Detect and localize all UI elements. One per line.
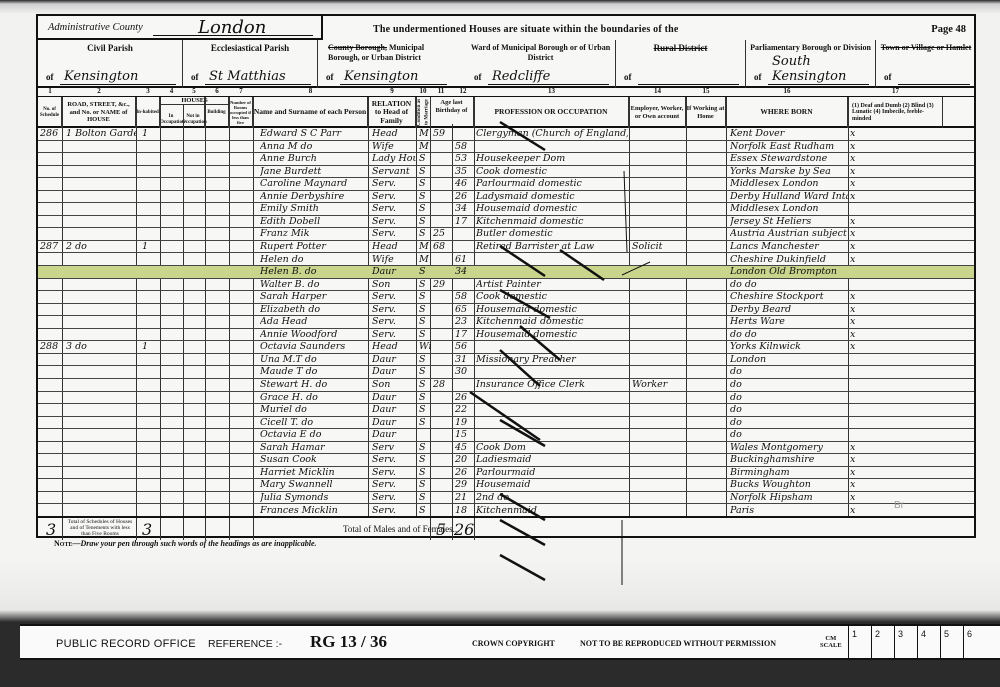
infirmity-check-mark — [850, 203, 864, 215]
person-name: Walter B. do — [260, 279, 368, 291]
relation-to-head: Servant — [372, 166, 416, 178]
relation-to-head: Daur — [372, 429, 416, 441]
inhabited-count — [142, 366, 158, 378]
marital-condition: S — [419, 354, 431, 366]
schedule-number — [40, 178, 62, 190]
schedule-number — [40, 203, 62, 215]
occupation — [476, 417, 628, 429]
marital-condition: S — [419, 467, 431, 479]
total-females: 26 — [454, 520, 474, 539]
person-name: Harriet Micklin — [260, 467, 368, 479]
schedule-number: 287 — [40, 241, 62, 253]
table-row[interactable]: Muriel doDaurS22do — [38, 404, 974, 417]
marital-condition: S — [419, 392, 431, 404]
inhabited-count: 1 — [142, 128, 158, 140]
male-age — [433, 492, 452, 504]
table-row[interactable]: Caroline MaynardServ.S46Parlourmaid dome… — [38, 178, 974, 191]
infirmity-check-mark: x — [850, 153, 864, 165]
road-address: 2 do — [66, 241, 136, 253]
marital-condition: S — [419, 166, 431, 178]
relation-to-head: Son — [372, 379, 416, 391]
employment-status — [632, 254, 686, 266]
birthplace: Cheshire Stockport — [730, 291, 848, 303]
birthplace: Yorks Marske by Sea — [730, 166, 848, 178]
female-age: 29 — [455, 479, 474, 491]
inhabited-count — [142, 203, 158, 215]
schedule-number — [40, 442, 62, 454]
table-row[interactable]: Stewart H. doSonS28Insurance Office Cler… — [38, 379, 974, 392]
person-name: Rupert Potter — [260, 241, 368, 253]
census-sheet: Administrative County London The underme… — [36, 14, 976, 538]
table-row[interactable]: Cicell T. doDaurS19do — [38, 417, 974, 430]
occupation — [476, 429, 628, 441]
female-age: 26 — [455, 392, 474, 404]
table-row[interactable]: Emily SmithServ.S34Housemaid domesticMid… — [38, 203, 974, 216]
occupation: Housemaid domestic — [476, 329, 628, 341]
infirmity-check-mark: x — [850, 505, 864, 517]
table-row[interactable]: Maude T doDaurS30do — [38, 366, 974, 379]
table-row[interactable]: Franz MikServ.S25Butler domesticAustria … — [38, 228, 974, 241]
infirmity-check-mark: x — [850, 254, 864, 266]
male-age — [433, 316, 452, 328]
infirmity-check-mark — [850, 366, 864, 378]
table-row[interactable]: 2883 do1Octavia SaundersHeadWid56Yorks K… — [38, 341, 974, 354]
schedule-number — [40, 329, 62, 341]
female-age: 20 — [455, 454, 474, 466]
infirmity-check-mark — [850, 404, 864, 416]
schedule-number: 288 — [40, 341, 62, 353]
civil-parish-value: Kensington — [60, 69, 176, 85]
marital-condition: Wid — [419, 341, 431, 353]
marital-condition: S — [419, 329, 431, 341]
road-address — [66, 178, 136, 190]
birthplace: do — [730, 392, 848, 404]
female-age — [455, 279, 474, 291]
schedule-number — [40, 254, 62, 266]
schedule-number — [40, 141, 62, 153]
road-address — [66, 203, 136, 215]
road-address — [66, 291, 136, 303]
birthplace: do — [730, 417, 848, 429]
inhabited-count — [142, 392, 158, 404]
borough-value: Kensington — [340, 69, 447, 85]
male-age — [433, 429, 452, 441]
person-name: Helen B. do — [260, 266, 368, 278]
relation-to-head: Serv. — [372, 316, 416, 328]
male-age — [433, 191, 452, 203]
schedule-number — [40, 454, 62, 466]
occupation — [476, 392, 628, 404]
male-age — [433, 454, 452, 466]
inhabited-count — [142, 304, 158, 316]
person-name: Edith Dobell — [260, 216, 368, 228]
male-age — [433, 304, 452, 316]
ward-value: Redcliffe — [488, 69, 609, 85]
marital-condition: S — [419, 266, 431, 278]
occupation — [476, 341, 628, 353]
birthplace: Herts Ware — [730, 316, 848, 328]
table-row[interactable]: Ada HeadServ.S23Kitchenmaid domesticHert… — [38, 316, 974, 329]
town-value — [898, 84, 970, 85]
occupation: Cook Dom — [476, 442, 628, 454]
table-row[interactable]: 2861 Bolton Gardens1Edward S C ParrHeadM… — [38, 128, 974, 141]
employment-status — [632, 505, 686, 517]
person-name: Susan Cook — [260, 454, 368, 466]
marital-condition: S — [419, 454, 431, 466]
occupation: Parlourmaid — [476, 467, 628, 479]
inhabited-count — [142, 316, 158, 328]
employment-status — [632, 366, 686, 378]
relation-to-head: Serv — [372, 442, 416, 454]
relation-to-head: Serv. — [372, 304, 416, 316]
schedule-number — [40, 291, 62, 303]
schedule-number — [40, 216, 62, 228]
occupation: Housemaid domestic — [476, 304, 628, 316]
sheet-header-districts: Civil Parish of Kensington Ecclesiastica… — [38, 40, 974, 88]
inhabited-count — [142, 141, 158, 153]
relation-to-head: Serv. — [372, 479, 416, 491]
road-address: 3 do — [66, 341, 136, 353]
employment-status — [632, 467, 686, 479]
male-age: 68 — [433, 241, 452, 253]
infirmity-check-mark — [850, 392, 864, 404]
inhabited-count — [142, 454, 158, 466]
male-age — [433, 203, 452, 215]
person-name: Mary Swannell — [260, 479, 368, 491]
male-age — [433, 178, 452, 190]
schedule-number — [40, 492, 62, 504]
marital-condition: S — [419, 417, 431, 429]
male-age: 25 — [433, 228, 452, 240]
admin-county-label: Administrative County — [48, 22, 143, 33]
birthplace: Yorks Kilnwick — [730, 341, 848, 353]
person-name: Maude T do — [260, 366, 368, 378]
table-row[interactable]: Anne BurchLady HousekeeperS53Housekeeper… — [38, 153, 974, 166]
birthplace: Essex Stewardstone — [730, 153, 848, 165]
employment-status — [632, 203, 686, 215]
road-address — [66, 454, 136, 466]
census-page-scan: Administrative County London The underme… — [0, 0, 1000, 687]
road-address — [66, 191, 136, 203]
table-row[interactable]: Elizabeth doServ.S65Housemaid domesticDe… — [38, 304, 974, 317]
table-row[interactable]: Anna M doWifeM58Norfolk East Rudhamx — [38, 141, 974, 154]
person-name: Una M.T do — [260, 354, 368, 366]
road-address — [66, 505, 136, 517]
column-headers: 1 2 3 4 5 6 7 8 9 10 11 12 13 14 15 16 1… — [38, 88, 974, 128]
table-row-highlighted[interactable]: Helen B. doDaurS34London Old Brompton — [38, 266, 974, 279]
employment-status — [632, 392, 686, 404]
relation-to-head: Head — [372, 241, 416, 253]
table-row[interactable]: Harriet MicklinServ.S26ParlourmaidBirmin… — [38, 467, 974, 480]
inhabited-count — [142, 379, 158, 391]
marital-condition — [419, 429, 431, 441]
occupation — [476, 366, 628, 378]
table-row[interactable]: Helen doWifeM61Cheshire Dukinfieldx — [38, 254, 974, 267]
occupation — [476, 254, 628, 266]
birthplace: do do — [730, 279, 848, 291]
table-row[interactable]: 2872 do1Rupert PotterHeadM68Retired Barr… — [38, 241, 974, 254]
person-name: Anne Burch — [260, 153, 368, 165]
schedule-number — [40, 467, 62, 479]
employment-status — [632, 166, 686, 178]
birthplace: Paris — [730, 505, 848, 517]
employment-status — [632, 191, 686, 203]
employment-status — [632, 178, 686, 190]
female-age — [455, 228, 474, 240]
road-address — [66, 304, 136, 316]
infirmity-check-mark: x — [850, 304, 864, 316]
inhabited-count — [142, 153, 158, 165]
table-row[interactable]: Una M.T doDaurS31Missionary PreacherLond… — [38, 354, 974, 367]
male-age — [433, 505, 452, 517]
occupation: Kitchenmaid domestic — [476, 316, 628, 328]
inhabited-count — [142, 492, 158, 504]
male-age — [433, 341, 452, 353]
inhabited-count: 1 — [142, 341, 158, 353]
occupation: Ladysmaid domestic — [476, 191, 628, 203]
relation-to-head: Daur — [372, 266, 416, 278]
birthplace: do — [730, 404, 848, 416]
inhabited-count — [142, 254, 158, 266]
person-name: Muriel do — [260, 404, 368, 416]
occupation: Kitchenmaid domestic — [476, 216, 628, 228]
female-age: 17 — [455, 216, 474, 228]
infirmity-check-mark: x — [850, 241, 864, 253]
record-office: PUBLIC RECORD OFFICE — [56, 638, 196, 650]
marital-condition: S — [419, 366, 431, 378]
infirmity-check-mark: x — [850, 329, 864, 341]
inhabited-count — [142, 329, 158, 341]
road-address: 1 Bolton Gardens — [66, 128, 136, 140]
relation-to-head: Son — [372, 279, 416, 291]
employment-status — [632, 141, 686, 153]
birthplace: Birmingham — [730, 467, 848, 479]
copyright: CROWN COPYRIGHT — [472, 639, 555, 648]
infirmity-check-mark: x — [850, 341, 864, 353]
person-name: Frances Micklin — [260, 505, 368, 517]
employment-status — [632, 492, 686, 504]
column-numbers: 1 2 3 4 5 6 7 8 9 10 11 12 13 14 15 16 1… — [38, 88, 974, 97]
occupation: Artist Painter — [476, 279, 628, 291]
inhabited-count — [142, 279, 158, 291]
ecclesiastical-parish-cell: Ecclesiastical Parish of St Matthias — [183, 40, 318, 88]
page-number: Page 48 — [931, 24, 966, 35]
birthplace: London Old Brompton — [730, 266, 848, 278]
female-age: 23 — [455, 316, 474, 328]
infirmity-check-mark — [850, 417, 864, 429]
inhabited-count — [142, 404, 158, 416]
table-row[interactable]: Julia SymondsServ.S212nd doNorfolk Hipsh… — [38, 492, 974, 505]
inhabited-count — [142, 216, 158, 228]
birthplace: Norfolk Hipsham — [730, 492, 848, 504]
female-age: 58 — [455, 141, 474, 153]
marital-condition: S — [419, 316, 431, 328]
occupation: Housemaid — [476, 479, 628, 491]
marital-condition: S — [419, 442, 431, 454]
relation-to-head: Daur — [372, 404, 416, 416]
table-row[interactable]: Annie DerbyshireServ.S26Ladysmaid domest… — [38, 191, 974, 204]
road-address — [66, 141, 136, 153]
parliamentary-cell: Parliamentary Borough or Division of Sou… — [746, 40, 876, 88]
birthplace: Middlesex London — [730, 178, 848, 190]
marital-condition: S — [419, 153, 431, 165]
table-row[interactable]: Mary SwannellServ.S29HousemaidBucks Woug… — [38, 479, 974, 492]
table-row[interactable]: Sarah HarperServ.S58Cook domesticCheshir… — [38, 291, 974, 304]
schedule-number — [40, 479, 62, 491]
male-age — [433, 329, 452, 341]
relation-to-head: Serv. — [372, 216, 416, 228]
birthplace: Norfolk East Rudham — [730, 141, 848, 153]
female-age: 31 — [455, 354, 474, 366]
female-age: 26 — [455, 191, 474, 203]
occupation — [476, 266, 628, 278]
female-age: 34 — [455, 266, 474, 278]
inhabited-count — [142, 417, 158, 429]
occupation: Missionary Preacher — [476, 354, 628, 366]
infirmity-check-mark — [850, 429, 864, 441]
schedule-number — [40, 166, 62, 178]
male-age — [433, 417, 452, 429]
relation-to-head: Daur — [372, 392, 416, 404]
boundary-text: The undermentioned Houses are situate wi… — [373, 24, 679, 35]
female-age: 26 — [455, 467, 474, 479]
person-name: Cicell T. do — [260, 417, 368, 429]
total-males: 5 — [436, 520, 446, 539]
town-cell: Town or Village or Hamlet of — [876, 40, 976, 88]
employment-status — [632, 228, 686, 240]
birthplace: London — [730, 354, 848, 366]
female-age: 15 — [455, 429, 474, 441]
parliamentary-value: South Kensington — [768, 54, 869, 85]
employment-status — [632, 279, 686, 291]
relation-to-head: Serv. — [372, 505, 416, 517]
male-age — [433, 266, 452, 278]
female-age: 56 — [455, 341, 474, 353]
marital-condition: S — [419, 479, 431, 491]
infirmity-check-mark: x — [850, 166, 864, 178]
person-name: Ada Head — [260, 316, 368, 328]
ecclesiastical-parish-value: St Matthias — [205, 69, 311, 85]
schedule-number — [40, 429, 62, 441]
inhabited-count — [142, 166, 158, 178]
employment-status — [632, 128, 686, 140]
table-row[interactable]: Grace H. doDaurS26do — [38, 392, 974, 405]
employment-status — [632, 417, 686, 429]
female-age — [455, 241, 474, 253]
birthplace: do do — [730, 329, 848, 341]
employment-status — [632, 329, 686, 341]
inhabited-count — [142, 191, 158, 203]
female-age: 61 — [455, 254, 474, 266]
male-age — [433, 166, 452, 178]
road-address — [66, 254, 136, 266]
occupation: Cook domestic — [476, 291, 628, 303]
table-row[interactable]: Edith DobellServ.S17Kitchenmaid domestic… — [38, 216, 974, 229]
relation-to-head: Serv. — [372, 203, 416, 215]
male-age — [433, 354, 452, 366]
table-row[interactable]: Annie WoodfordServ.S17Housemaid domestic… — [38, 329, 974, 342]
infirmity-check-mark: x — [850, 454, 864, 466]
employment-status — [632, 316, 686, 328]
male-age: 28 — [433, 379, 452, 391]
infirmity-check-mark: x — [850, 479, 864, 491]
employment-status — [632, 304, 686, 316]
relation-to-head: Wife — [372, 254, 416, 266]
person-name: Julia Symonds — [260, 492, 368, 504]
road-address — [66, 166, 136, 178]
infirmity-check-mark: x — [850, 141, 864, 153]
relation-to-head: Serv. — [372, 191, 416, 203]
occupation: 2nd do — [476, 492, 628, 504]
person-name: Jane Burdett — [260, 166, 368, 178]
relation-to-head: Daur — [372, 366, 416, 378]
relation-to-head: Serv. — [372, 178, 416, 190]
marital-condition: S — [419, 228, 431, 240]
female-age: 53 — [455, 153, 474, 165]
table-row[interactable]: Susan CookServ.S20LadiesmaidBuckinghamsh… — [38, 454, 974, 467]
rural-district-cell: Rural District of — [616, 40, 746, 88]
marital-condition: S — [419, 379, 431, 391]
male-age — [433, 404, 452, 416]
road-address — [66, 228, 136, 240]
totals-row: 3 Total of Schedules of Houses and of Te… — [38, 516, 974, 540]
infirmity-check-mark: x — [850, 128, 864, 140]
occupation: Parlourmaid domestic — [476, 178, 628, 190]
marital-condition: S — [419, 291, 431, 303]
birthplace: Derby Hulland Ward Intakes — [730, 191, 848, 203]
schedule-number — [40, 366, 62, 378]
person-name: Franz Mik — [260, 228, 368, 240]
female-age: 34 — [455, 203, 474, 215]
infirmity-check-mark — [850, 266, 864, 278]
admin-county-box: Administrative County London — [38, 16, 323, 40]
marital-condition: M — [419, 141, 431, 153]
birthplace: Cheshire Dukinfield — [730, 254, 848, 266]
birthplace: do — [730, 366, 848, 378]
person-name: Annie Woodford — [260, 329, 368, 341]
person-name: Stewart H. do — [260, 379, 368, 391]
relation-to-head: Daur — [372, 417, 416, 429]
person-name: Helen do — [260, 254, 368, 266]
table-row[interactable]: Walter B. doSonS29Artist Painterdo do — [38, 279, 974, 292]
male-age: 29 — [433, 279, 452, 291]
infirmity-check-mark: x — [850, 316, 864, 328]
infirmity-check-mark: x — [850, 216, 864, 228]
reference-label: REFERENCE :- — [208, 638, 282, 650]
table-row[interactable]: Octavia E doDaur15do — [38, 429, 974, 442]
occupation: Ladiesmaid — [476, 454, 628, 466]
table-row[interactable]: Sarah HamarServS45Cook DomWales Montgome… — [38, 442, 974, 455]
inhabited-count — [142, 429, 158, 441]
person-name: Emily Smith — [260, 203, 368, 215]
table-row[interactable]: Jane BurdettServantS35Cook domesticYorks… — [38, 166, 974, 179]
rural-district-value — [638, 84, 739, 85]
instruction-note: Note—Draw your pen through such words of… — [54, 539, 317, 548]
margin-note: Br — [894, 500, 904, 511]
inhabited-count: 1 — [142, 241, 158, 253]
occupation — [476, 404, 628, 416]
female-age: 58 — [455, 291, 474, 303]
relation-to-head: Serv. — [372, 291, 416, 303]
female-age: 45 — [455, 442, 474, 454]
male-age — [433, 216, 452, 228]
birthplace: Kent Dover — [730, 128, 848, 140]
male-age: 59 — [433, 128, 452, 140]
occupation: Housekeeper Dom — [476, 153, 628, 165]
inhabited-count — [142, 442, 158, 454]
road-address — [66, 467, 136, 479]
birthplace: Bucks Woughton — [730, 479, 848, 491]
